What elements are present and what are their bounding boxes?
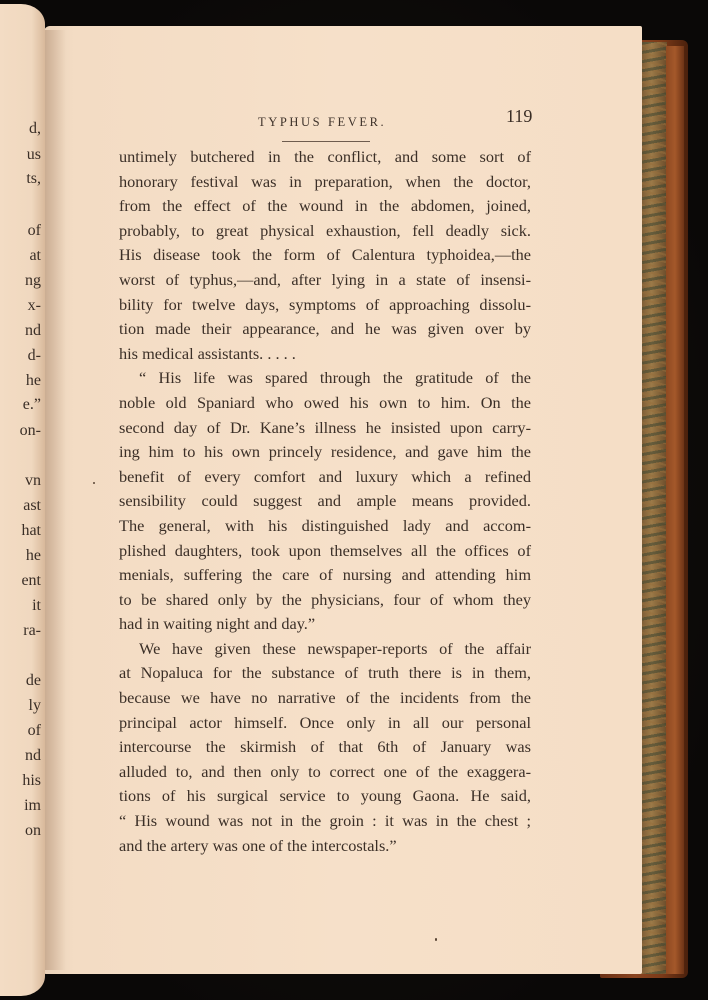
text-line: noble old Spaniard who owed his own to h… (119, 391, 531, 416)
left-page-text-fragment: e.” (23, 396, 41, 414)
left-page-text-fragment: ts, (26, 170, 41, 188)
leather-board-edge (666, 46, 684, 974)
left-page-text-fragment: of (28, 722, 41, 740)
left-page-text-fragment: ly (29, 697, 41, 715)
text-line: intercourse the skirmish of that 6th of … (119, 735, 531, 760)
text-line: principal actor himself. Once only in al… (119, 711, 531, 736)
text-line: and the artery was one of the intercosta… (119, 834, 531, 859)
left-page-text-fragment: nd (25, 747, 41, 765)
left-page-text-fragment: on (25, 822, 41, 840)
left-page-text-fragment: vn (25, 472, 41, 490)
left-page-text-fragment: he (26, 547, 41, 565)
body-text: untimely butchered in the conflict, and … (119, 145, 531, 858)
left-page-text-fragment: im (24, 797, 41, 815)
gutter-shadow (44, 30, 66, 970)
text-line: untimely butchered in the conflict, and … (119, 145, 531, 170)
text-line: “ His wound was not in the groin : it wa… (119, 809, 531, 834)
left-page-text-fragment: ast (23, 497, 41, 515)
running-head-rule (282, 141, 370, 142)
text-line: alluded to, and then only to correct one… (119, 760, 531, 785)
text-line: had in waiting night and day.” (119, 612, 531, 637)
text-line: bility for twelve days, symptoms of appr… (119, 293, 531, 318)
text-line: tions of his surgical service to young G… (119, 784, 531, 809)
text-line: The general, with his distinguished lady… (119, 514, 531, 539)
left-page-text-fragment: ng (25, 272, 41, 290)
left-page-text-fragment: nd (25, 322, 41, 340)
left-page-text-fragment: he (26, 372, 41, 390)
left-page-text-fragment: d- (28, 347, 41, 365)
left-page: d,usts,ofatngx-ndd-hee.”on-vnasthatheent… (0, 4, 45, 996)
text-line: sensibility could suggest and ample mean… (119, 489, 531, 514)
left-page-text-fragment: us (27, 146, 41, 164)
left-page-text-fragment: it (32, 597, 41, 615)
left-page-text-fragment: his (22, 772, 41, 790)
text-line: honorary festival was in preparation, wh… (119, 170, 531, 195)
text-line: his medical assistants. . . . . (119, 342, 531, 367)
text-line: His disease took the form of Calentura t… (119, 243, 531, 268)
left-page-text-fragment: at (29, 247, 41, 265)
text-line: benefit of every comfort and luxury whic… (119, 465, 531, 490)
running-head: TYPHUS FEVER. (258, 115, 386, 130)
left-page-text-fragment: hat (21, 522, 41, 540)
text-line: “ His life was spared through the gratit… (119, 366, 531, 391)
left-page-text-fragment: ra- (23, 622, 41, 640)
left-page-text-fragment: d, (29, 120, 41, 138)
left-page-text-fragment: of (28, 222, 41, 240)
text-line: from the effect of the wound in the abdo… (119, 194, 531, 219)
text-line: We have given these newspaper-reports of… (119, 637, 531, 662)
left-page-text-fragment: de (26, 672, 41, 690)
text-line: worst of typhus,—and, after lying in a s… (119, 268, 531, 293)
text-line: ing him to his own princely residence, a… (119, 440, 531, 465)
text-line: because we have no narrative of the inci… (119, 686, 531, 711)
paper-speck (435, 938, 437, 941)
text-line: plished daughters, took upon themselves … (119, 539, 531, 564)
left-page-text-fragment: on- (20, 422, 41, 440)
text-line: second day of Dr. Kane’s illness he insi… (119, 416, 531, 441)
text-line: at Nopaluca for the substance of truth t… (119, 661, 531, 686)
page-number: 119 (506, 106, 532, 127)
marbled-page-edge (640, 42, 667, 974)
paper-speck (93, 482, 95, 484)
left-page-text-fragment: x- (28, 297, 41, 315)
text-line: to be shared only by the physicians, fou… (119, 588, 531, 613)
text-line: menials, suffering the care of nursing a… (119, 563, 531, 588)
left-page-text-fragment: ent (21, 572, 41, 590)
text-line: tion made their appearance, and he was g… (119, 317, 531, 342)
text-line: probably, to great physical exhaustion, … (119, 219, 531, 244)
